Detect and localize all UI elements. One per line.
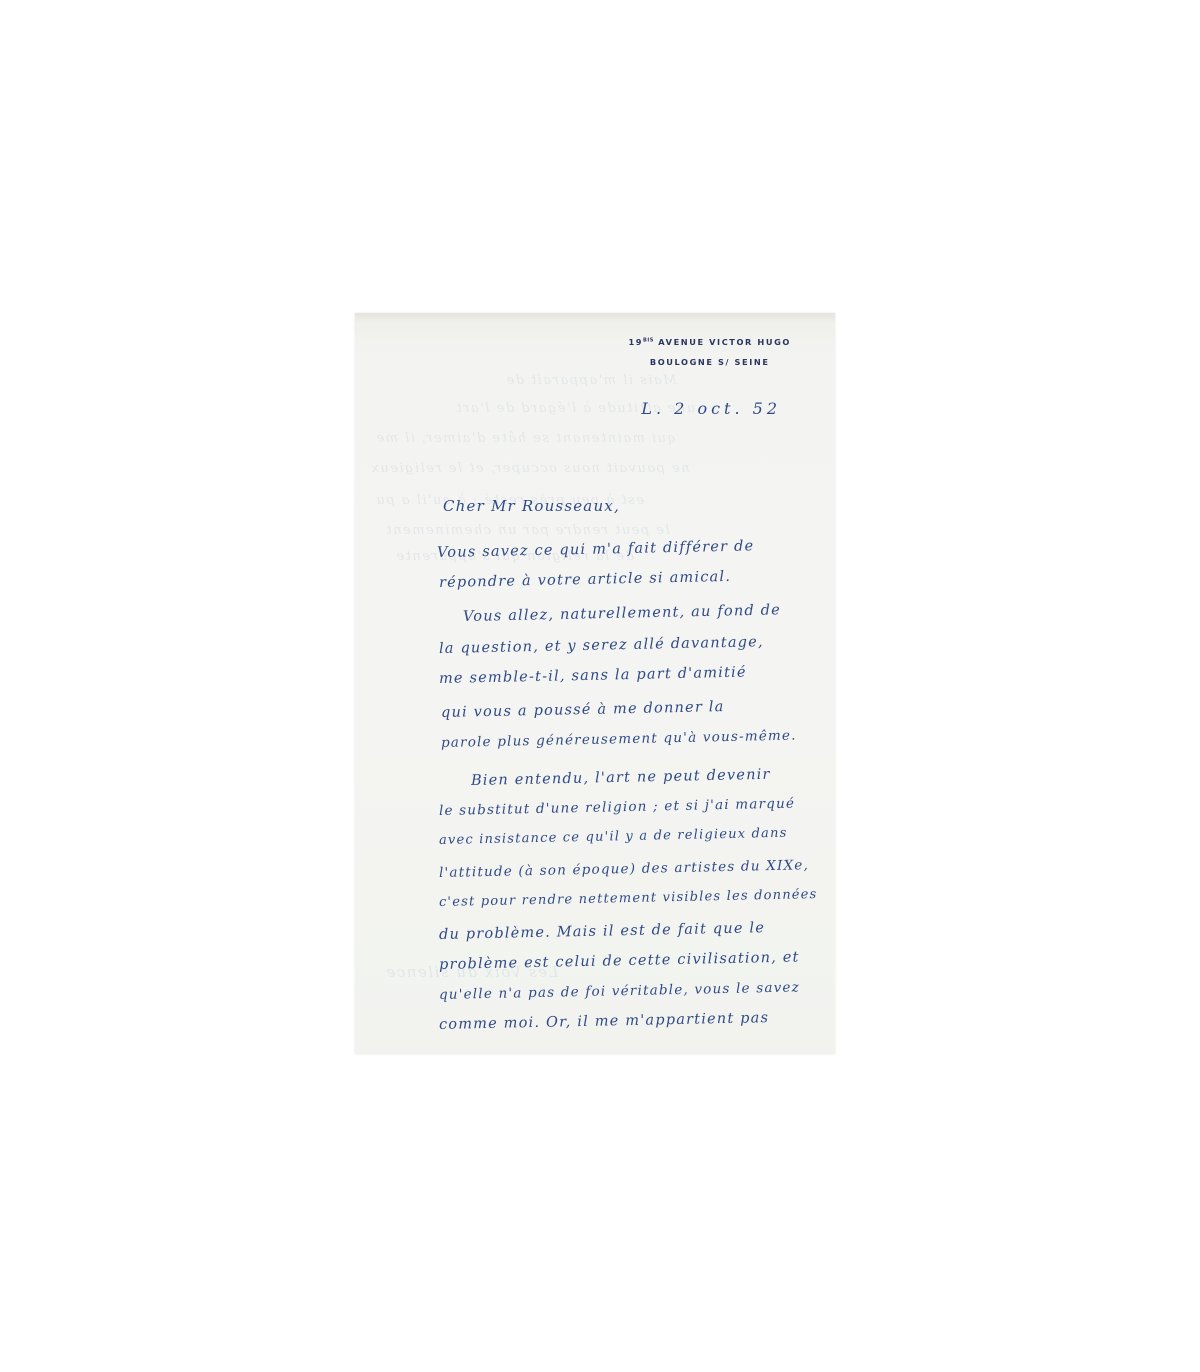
letter-line: la question, et y serez allé davantage,	[439, 634, 764, 657]
letter-line: c'est pour rendre nettement visibles les…	[439, 887, 818, 910]
letter-line: parole plus généreusement qu'à vous-même…	[441, 728, 797, 751]
show-through-line: le peut rendre par un cheminement	[385, 523, 670, 538]
letterhead: 19BIS AVENUE VICTOR HUGO BOULOGNE S/ SEI…	[628, 337, 791, 367]
letter-sheet: Mais il m'apparaît de une attitude à l'é…	[355, 313, 835, 1054]
letter-line: qui vous a poussé à me donner la	[441, 699, 725, 721]
letter-line: le substitut d'une religion ; et si j'ai…	[439, 796, 795, 819]
letter-line: me semble-t-il, sans la part d'amitié	[439, 665, 747, 687]
letter-salutation: Cher Mr Rousseaux,	[443, 497, 620, 515]
letter-date: L. 2 oct. 52	[641, 399, 781, 418]
show-through-line: Mais il m'apparaît de	[505, 373, 677, 388]
letter-line: du problème. Mais il est de fait que le	[439, 920, 765, 943]
letter-line: Vous allez, naturellement, au fond de	[463, 602, 781, 625]
letter-line: avec insistance ce qu'il y a de religieu…	[439, 826, 788, 848]
letter-line: Bien entendu, l'art ne peut devenir	[471, 767, 771, 789]
show-through-line: ne pouvait nous occuper, et le religieux	[370, 461, 690, 476]
letter-line: l'attitude (à son époque) des artistes d…	[439, 857, 809, 881]
street-number: 19	[628, 337, 643, 347]
letter-line: comme moi. Or, il me m'appartient pas	[439, 1010, 770, 1033]
street-suffix: BIS	[643, 337, 654, 343]
letter-line: qu'elle n'a pas de foi véritable, vous l…	[439, 979, 800, 1003]
street-name: AVENUE VICTOR HUGO	[658, 337, 791, 347]
letter-line: Vous savez ce qui m'a fait différer de	[437, 538, 755, 561]
letterhead-city: BOULOGNE S/ SEINE	[628, 357, 791, 367]
show-through-line: qui maintenant se hâte d'aimer, il me	[375, 431, 676, 446]
letter-line: répondre à votre article si amical.	[439, 569, 731, 591]
letter-line: problème est celui de cette civilisation…	[439, 949, 800, 973]
letterhead-address: 19BIS AVENUE VICTOR HUGO	[628, 337, 791, 347]
